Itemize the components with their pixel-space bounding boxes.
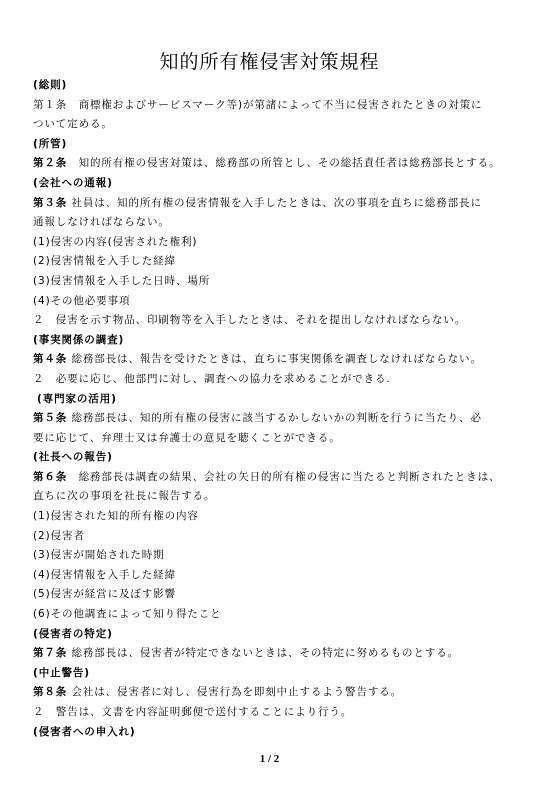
- article-paragraph: 第８条 会社は、侵害者に対し、侵害行為を即刻中止するよう警告する。: [33, 683, 503, 703]
- article-paragraph: 第２条 知的所有権の侵害対策は、総務部の所管とし、その総括責任者は総務部長とする…: [33, 154, 503, 174]
- article-text: 総務部長は、報告を受けたときは、直ちに事実関係を調査しなければならない。: [67, 353, 482, 365]
- text-line: ２ 侵害を示す物品、印刷物等を入手したときは、それを提出しなければならない。: [33, 311, 503, 331]
- text-line: (2)侵害情報を入手した経緯: [33, 252, 503, 272]
- article-number: 第５条: [33, 412, 67, 424]
- article-text: 社員は、知的所有権の侵害情報を入手したときは、次の事項を直ちに総務部長に: [67, 197, 482, 209]
- text-line: 通報しなければならない。: [33, 213, 503, 233]
- article-paragraph: 第１条 商標権およびサービスマーク等)が第諸によって不当に侵害されたときの対策に: [33, 96, 503, 116]
- article-number: 第７条: [33, 647, 67, 659]
- text-line: (1)侵害の内容(侵害された権利): [33, 233, 503, 253]
- text-line: (3)侵害が開始された時期: [33, 546, 503, 566]
- article-number: 第２条: [33, 157, 67, 169]
- text-line: ２ 警告は、文書を内容証明郵便で送付することにより行う。: [33, 703, 503, 723]
- article-text: 知的所有権の侵害対策は、総務部の所管とし、その総括責任者は総務部長とする。: [67, 157, 500, 169]
- section-heading: (会社への通報): [33, 174, 503, 194]
- article-number: 第１条: [33, 99, 67, 111]
- article-text: 会社は、侵害者に対し、侵害行為を即刻中止するよう警告する。: [67, 686, 402, 698]
- article-number: 第３条: [33, 197, 67, 209]
- section-heading: (侵害者の特定): [33, 625, 503, 645]
- text-line: (2)侵害者: [33, 527, 503, 547]
- text-line: (6)その他調査によって知り得たこと: [33, 605, 503, 625]
- text-line: ついて定める。: [33, 115, 503, 135]
- text-line: ２ 必要に応じ、他部門に対し、調査への協力を求めることができる.: [33, 370, 503, 390]
- section-heading: (所管): [33, 135, 503, 155]
- article-text: 総務部長は、侵害者が特定できないときは、その特定に努めるものとする。: [67, 647, 459, 659]
- article-number: 第６条: [33, 471, 67, 483]
- text-line: (4)侵害情報を入手した経緯: [33, 566, 503, 586]
- article-paragraph: 第５条 総務部長は、知的所有権の侵害に該当するかしないかの判断を行うに当たり、必: [33, 409, 503, 429]
- article-text: 総務部長は調査の結果、会社の矢日的所有権の侵害に当たると判断されたときは、: [67, 471, 500, 483]
- article-text: 商標権およびサービスマーク等)が第諸によって不当に侵害されたときの対策に: [67, 99, 482, 111]
- article-paragraph: 第４条 総務部長は、報告を受けたときは、直ちに事実関係を調査しなければならない。: [33, 350, 503, 370]
- text-line: (1)侵害された知的所有権の内容: [33, 507, 503, 527]
- text-line: 直ちに次の事項を社長に報告する。: [33, 487, 503, 507]
- section-heading: (総則): [33, 76, 503, 96]
- article-text: 総務部長は、知的所有権の侵害に該当するかしないかの判断を行うに当たり、必: [67, 412, 482, 424]
- text-line: (5)侵害が経営に及ぼす影響: [33, 585, 503, 605]
- section-heading: (社長への報告): [33, 448, 503, 468]
- section-heading: (侵害者への申入れ): [33, 723, 503, 743]
- article-number: 第８条: [33, 686, 67, 698]
- page-number: 1 / 2: [0, 753, 539, 765]
- section-heading: (中止警告): [33, 664, 503, 684]
- article-paragraph: 第３条 社員は、知的所有権の侵害情報を入手したときは、次の事項を直ちに総務部長に: [33, 194, 503, 214]
- article-paragraph: 第６条 総務部長は調査の結果、会社の矢日的所有権の侵害に当たると判断されたときは…: [33, 468, 503, 488]
- section-heading: (専門家の活用): [33, 390, 503, 410]
- article-number: 第４条: [33, 353, 67, 365]
- document-title: 知的所有権侵害対策規程: [0, 47, 539, 74]
- text-line: 要に応じて、弁理士又は弁護士の意見を聴くことができる。: [33, 429, 503, 449]
- section-heading: (事実関係の調査): [33, 331, 503, 351]
- article-paragraph: 第７条 総務部長は、侵害者が特定できないときは、その特定に努めるものとする。: [33, 644, 503, 664]
- text-line: (4)その他必要事項: [33, 292, 503, 312]
- document-body: (総則)第１条 商標権およびサービスマーク等)が第諸によって不当に侵害されたとき…: [33, 76, 503, 742]
- text-line: (3)侵害情報を入手した日時、場所: [33, 272, 503, 292]
